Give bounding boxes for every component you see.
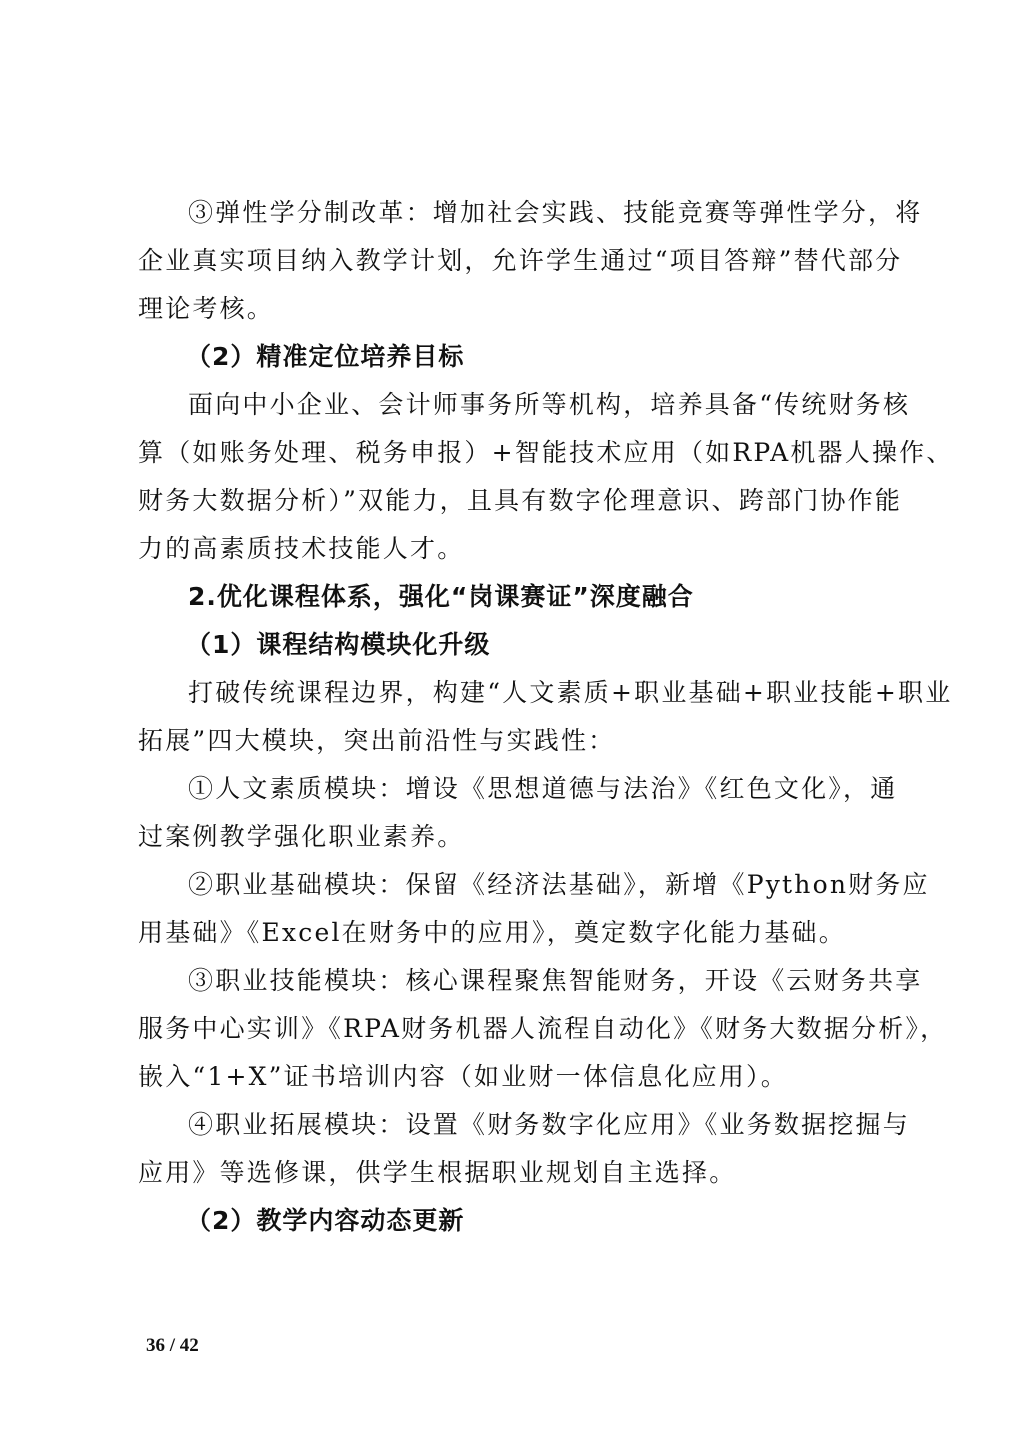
document-page: ③弹性学分制改革：增加社会实践、技能竞赛等弹性学分，将 企业真实项目纳入教学计划…: [0, 0, 1024, 1448]
subheading: （1）课程结构模块化升级: [186, 630, 946, 660]
paragraph-line: 算（如账务处理、税务申报）+智能技术应用（如RPA机器人操作、: [138, 438, 898, 468]
subheading: （2）精准定位培养目标: [186, 342, 946, 372]
paragraph-line: 理论考核。: [138, 294, 898, 324]
paragraph-line: ③弹性学分制改革：增加社会实践、技能竞赛等弹性学分，将: [188, 198, 948, 228]
page-number: 36 / 42: [146, 1335, 199, 1357]
paragraph-line: 嵌入“1+X”证书培训内容（如业财一体信息化应用）。: [138, 1062, 898, 1092]
paragraph-line: 拓展”四大模块，突出前沿性与实践性：: [138, 726, 898, 756]
paragraph-line: 服务中心实训》《RPA财务机器人流程自动化》《财务大数据分析》，: [138, 1014, 898, 1044]
paragraph-line: 打破传统课程边界，构建“人文素质+职业基础+职业技能+职业: [188, 678, 948, 708]
paragraph-line: 面向中小企业、会计师事务所等机构，培养具备“传统财务核: [188, 390, 948, 420]
paragraph-line: 财务大数据分析）”双能力，且具有数字伦理意识、跨部门协作能: [138, 486, 898, 516]
paragraph-line: 过案例教学强化职业素养。: [138, 822, 898, 852]
paragraph-line: ②职业基础模块：保留《经济法基础》，新增《Python财务应: [188, 870, 948, 900]
paragraph-line: 力的高素质技术技能人才。: [138, 534, 898, 564]
paragraph-line: ④职业拓展模块：设置《财务数字化应用》《业务数据挖掘与: [188, 1110, 948, 1140]
section-heading: 2.优化课程体系，强化“岗课赛证”深度融合: [188, 582, 948, 612]
paragraph-line: ①人文素质模块：增设《思想道德与法治》《红色文化》，通: [188, 774, 948, 804]
subheading: （2）教学内容动态更新: [186, 1206, 946, 1236]
paragraph-line: 企业真实项目纳入教学计划，允许学生通过“项目答辩”替代部分: [138, 246, 898, 276]
paragraph-line: 应用》等选修课，供学生根据职业规划自主选择。: [138, 1158, 898, 1188]
paragraph-line: ③职业技能模块：核心课程聚焦智能财务，开设《云财务共享: [188, 966, 948, 996]
paragraph-line: 用基础》《Excel在财务中的应用》，奠定数字化能力基础。: [138, 918, 898, 948]
